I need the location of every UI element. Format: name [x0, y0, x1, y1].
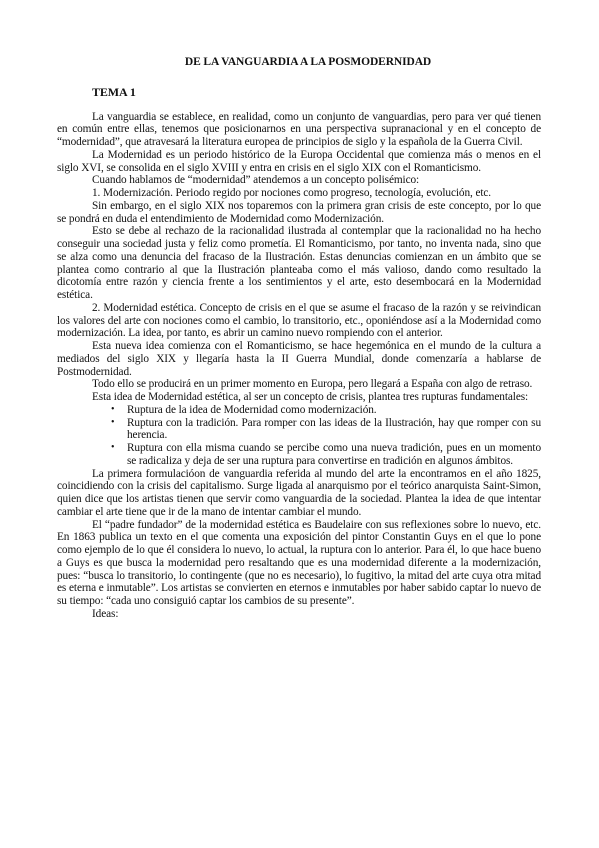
paragraph: La vanguardia se establece, en realidad,… [57, 111, 541, 149]
paragraph: Esto se debe al rechazo de la racionalid… [57, 225, 541, 302]
bullet-icon: • [111, 417, 114, 430]
paragraph: El “padre fundador” de la modernidad est… [57, 519, 541, 608]
paragraph: La Modernidad es un periodo histórico de… [57, 149, 541, 175]
paragraph: Cuando hablamos de “modernidad” atendemo… [57, 174, 541, 187]
list-item: • Ruptura de la idea de Modernidad como … [127, 404, 541, 417]
list-item: • Ruptura con ella misma cuando se perci… [127, 442, 541, 468]
paragraph: Esta nueva idea comienza con el Romantic… [57, 340, 541, 378]
paragraph: Todo ello se producirá en un primer mome… [57, 378, 541, 391]
paragraph: 2. Modernidad estética. Concepto de cris… [57, 302, 541, 340]
paragraph: Ideas: [57, 608, 541, 621]
list-item-text: Ruptura de la idea de Modernidad como mo… [127, 404, 377, 416]
body-text-after-list: La primera formulacióon de vanguardia re… [57, 468, 541, 621]
bullet-icon: • [111, 442, 114, 455]
paragraph: 1. Modernización. Periodo regido por noc… [57, 187, 541, 200]
bullet-icon: • [111, 404, 114, 417]
document-title: DE LA VANGUARDIA A LA POSMODERNIDAD [57, 56, 541, 69]
paragraph: Esta idea de Modernidad estética, al ser… [57, 391, 541, 404]
body-text-before-list: La vanguardia se establece, en realidad,… [57, 111, 541, 404]
list-item: • Ruptura con la tradición. Para romper … [127, 417, 541, 443]
paragraph: Sin embargo, en el siglo XIX nos toparem… [57, 200, 541, 226]
ruptures-list: • Ruptura de la idea de Modernidad como … [57, 404, 541, 468]
list-item-text: Ruptura con la tradición. Para romper co… [127, 417, 541, 442]
document-page: DE LA VANGUARDIA A LA POSMODERNIDAD TEMA… [57, 56, 541, 621]
list-item-text: Ruptura con ella misma cuando se percibe… [127, 442, 541, 467]
paragraph: La primera formulacióon de vanguardia re… [57, 468, 541, 519]
section-title: TEMA 1 [92, 86, 541, 99]
